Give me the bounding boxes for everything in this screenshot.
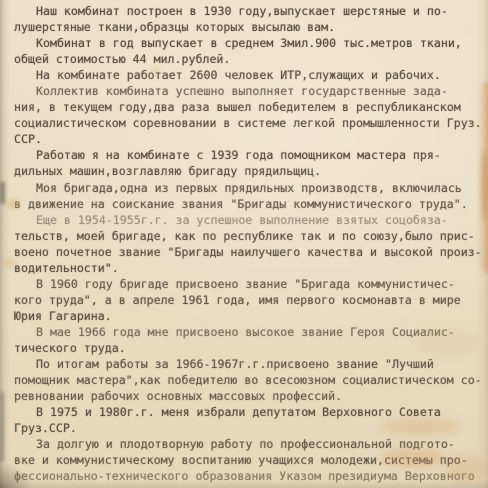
document-page: Наш комбинат построен в 1930 году,выпуск…	[0, 0, 488, 488]
text-line: По итогам работы за 1966-1967г.г.присвое…	[14, 356, 486, 372]
text-line: кого труда", а в апреле 1961 года, имя п…	[14, 292, 486, 308]
text-line: Груз.ССР.	[14, 420, 486, 436]
text-line: тического труда.	[14, 340, 486, 356]
text-line: Наш комбинат построен в 1930 году,выпуск…	[14, 3, 486, 19]
text-line: Комбинат в год выпускает в среднем 3мил.…	[14, 35, 486, 51]
text-line: тельств, моей бригаде, как по республике…	[14, 228, 486, 244]
text-line: Моя бригада,одна из первых прядильных пр…	[14, 180, 486, 196]
text-line: вке и коммунистическому воспитанию учащи…	[14, 452, 486, 468]
text-line: За долгую и плодотворную работу по профе…	[14, 436, 486, 452]
text-line: дильных машин,возглавляю бригаду прядиль…	[14, 163, 486, 179]
text-line: социалистическом соревновании в системе …	[14, 115, 486, 131]
text-line: В 1960 году бригаде присвоено звание "Бр…	[14, 276, 486, 292]
text-line: Работаю я на комбинате с 1939 года помощ…	[14, 147, 486, 163]
text-line: ССР.	[14, 131, 486, 147]
text-line: в движение на соискание звания "Бригады …	[14, 196, 486, 212]
text-line: Еще в 1954-1955г.г. за успешное выполнен…	[14, 212, 486, 228]
text-line: фессионально-технического образования Ук…	[14, 468, 486, 484]
text-line: В мае 1966 года мне присвоено высокое зв…	[14, 324, 486, 340]
text-line: В 1975 и 1980г.г. меня избрали депутатом…	[14, 404, 486, 420]
text-line: На комбинате работает 2600 человек ИТР,с…	[14, 67, 486, 83]
text-line: Коллектив комбината успешно выполняет го…	[14, 83, 486, 99]
document-text: Наш комбинат построен в 1930 году,выпуск…	[14, 3, 486, 484]
text-line: лушерстяные ткани,образцы которых высыла…	[14, 19, 486, 35]
text-line: воено почетное звание "Бригады наилучшег…	[14, 244, 486, 260]
text-line: помощник мастера",как победителю во всес…	[14, 372, 486, 388]
text-line: Юрия Гагарина.	[14, 308, 486, 324]
text-line: ния, в текущем году,два раза вышел побед…	[14, 99, 486, 115]
scan-edge-mark-2	[0, 392, 4, 462]
text-line: ревновании рабочих основных массовых про…	[14, 388, 486, 404]
text-line: водительности".	[14, 260, 486, 276]
text-line: общей стоимостью 44 мил.рублей.	[14, 51, 486, 67]
scan-edge-mark-1	[0, 182, 5, 204]
